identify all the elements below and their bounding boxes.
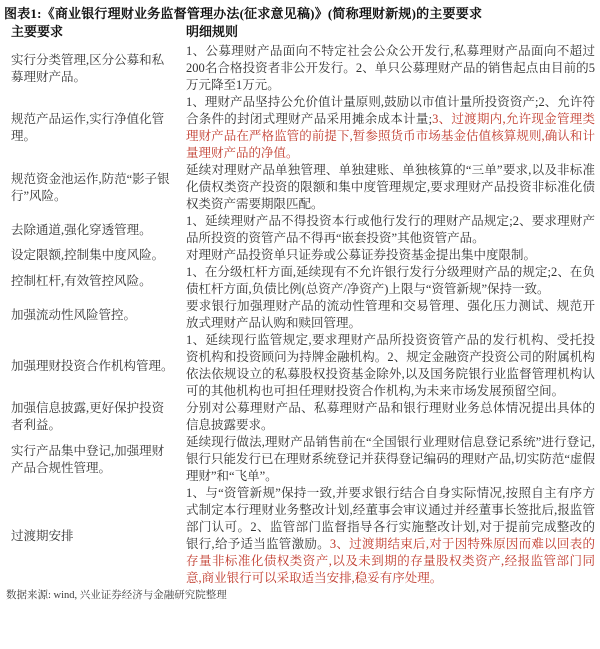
detail-cell: 1、延续现行监管规定,要求理财产品所投资资管产品的发行机构、受托投资机构和投资顾…: [186, 332, 595, 400]
header-detail: 明细规则: [186, 23, 595, 41]
requirement-cell: 过渡期安排: [4, 528, 186, 545]
table-row: 过渡期安排1、与“资管新规”保持一致,并要求银行结合自身实际情况,按照自主有序方…: [4, 485, 595, 587]
detail-cell: 1、公募理财产品面向不特定社会公众公开发行,私募理财产品面向不超过200名合格投…: [186, 43, 595, 94]
detail-text: 1、延续现行监管规定,要求理财产品所投资资管产品的发行机构、受托投资机构和投资顾…: [186, 333, 595, 398]
table-row: 加强流动性风险管控。要求银行加强理财产品的流动性管理和交易管理、强化压力测试、规…: [4, 298, 595, 332]
table-row: 加强信息披露,更好保护投资者利益。分别对公募理财产品、私募理财产品和银行理财业务…: [4, 400, 595, 434]
detail-cell: 1、延续理财产品不得投资本行或他行发行的理财产品规定;2、要求理财产品所投资的资…: [186, 213, 595, 247]
requirement-cell: 设定限额,控制集中度风险。: [4, 247, 186, 264]
requirement-cell: 加强流动性风险管控。: [4, 307, 186, 324]
table-row: 实行分类管理,区分公募和私募理财产品。1、公募理财产品面向不特定社会公众公开发行…: [4, 43, 595, 94]
requirement-cell: 控制杠杆,有效管控风险。: [4, 273, 186, 290]
detail-cell: 延续对理财产品单独管理、单独建账、单独核算的“三单”要求,以及非标准化债权类资产…: [186, 162, 595, 213]
detail-text: 分别对公募理财产品、私募理财产品和银行理财业务总体情况提出具体的信息披露要求。: [186, 401, 595, 432]
detail-cell: 对理财产品投资单只证券或公募证券投资基金提出集中度限制。: [186, 247, 595, 264]
detail-cell: 1、与“资管新规”保持一致,并要求银行结合自身实际情况,按照自主有序方式制定本行…: [186, 485, 595, 587]
header-requirement: 主要要求: [4, 23, 186, 41]
chart-title: 图表1:《商业银行理财业务监督管理办法(征求意见稿)》(简称理财新规)的主要要求: [4, 4, 595, 23]
report-table-page: 图表1:《商业银行理财业务监督管理办法(征求意见稿)》(简称理财新规)的主要要求…: [0, 0, 600, 603]
detail-text: 1、在分级杠杆方面,延续现有不允许银行发行分级理财产品的规定;2、在负债杠杆方面…: [186, 265, 595, 296]
detail-cell: 要求银行加强理财产品的流动性管理和交易管理、强化压力测试、规范开放式理财产品认购…: [186, 298, 595, 332]
requirement-cell: 加强理财投资合作机构管理。: [4, 358, 186, 375]
table-row: 去除通道,强化穿透管理。1、延续理财产品不得投资本行或他行发行的理财产品规定;2…: [4, 213, 595, 247]
requirement-cell: 加强信息披露,更好保护投资者利益。: [4, 400, 186, 434]
detail-text: 对理财产品投资单只证券或公募证券投资基金提出集中度限制。: [186, 248, 536, 262]
requirement-cell: 实行产品集中登记,加强理财产品合规性管理。: [4, 443, 186, 477]
detail-cell: 延续现行做法,理财产品销售前在“全国银行业理财信息登记系统”进行登记,银行只能发…: [186, 434, 595, 485]
table-row: 实行产品集中登记,加强理财产品合规性管理。延续现行做法,理财产品销售前在“全国银…: [4, 434, 595, 485]
table-body: 实行分类管理,区分公募和私募理财产品。1、公募理财产品面向不特定社会公众公开发行…: [4, 43, 595, 587]
detail-cell: 1、在分级杠杆方面,延续现有不允许银行发行分级理财产品的规定;2、在负债杠杆方面…: [186, 264, 595, 298]
requirement-cell: 规范资金池运作,防范“影子银行”风险。: [4, 171, 186, 205]
table-row: 加强理财投资合作机构管理。1、延续现行监管规定,要求理财产品所投资资管产品的发行…: [4, 332, 595, 400]
requirement-cell: 规范产品运作,实行净值化管理。: [4, 111, 186, 145]
table-row: 设定限额,控制集中度风险。对理财产品投资单只证券或公募证券投资基金提出集中度限制…: [4, 247, 595, 264]
table-header-row: 主要要求 明细规则: [4, 23, 595, 41]
data-source-note: 数据来源: wind, 兴业证券经济与金融研究院整理: [4, 588, 595, 603]
detail-cell: 1、理财产品坚持公允价值计量原则,鼓励以市值计量所投资资产;2、允许符合条件的封…: [186, 94, 595, 162]
requirement-cell: 实行分类管理,区分公募和私募理财产品。: [4, 52, 186, 86]
detail-text: 要求银行加强理财产品的流动性管理和交易管理、强化压力测试、规范开放式理财产品认购…: [186, 299, 595, 330]
detail-text: 延续对理财产品单独管理、单独建账、单独核算的“三单”要求,以及非标准化债权类资产…: [186, 163, 595, 211]
table-row: 控制杠杆,有效管控风险。1、在分级杠杆方面,延续现有不允许银行发行分级理财产品的…: [4, 264, 595, 298]
detail-text: 1、延续理财产品不得投资本行或他行发行的理财产品规定;2、要求理财产品所投资的资…: [186, 214, 595, 245]
table-row: 规范产品运作,实行净值化管理。1、理财产品坚持公允价值计量原则,鼓励以市值计量所…: [4, 94, 595, 162]
table-row: 规范资金池运作,防范“影子银行”风险。延续对理财产品单独管理、单独建账、单独核算…: [4, 162, 595, 213]
requirements-table: 主要要求 明细规则 实行分类管理,区分公募和私募理财产品。1、公募理财产品面向不…: [4, 23, 595, 587]
detail-cell: 分别对公募理财产品、私募理财产品和银行理财业务总体情况提出具体的信息披露要求。: [186, 400, 595, 434]
detail-text: 延续现行做法,理财产品销售前在“全国银行业理财信息登记系统”进行登记,银行只能发…: [186, 435, 595, 483]
requirement-cell: 去除通道,强化穿透管理。: [4, 222, 186, 239]
detail-text: 1、公募理财产品面向不特定社会公众公开发行,私募理财产品面向不超过200名合格投…: [186, 44, 595, 92]
